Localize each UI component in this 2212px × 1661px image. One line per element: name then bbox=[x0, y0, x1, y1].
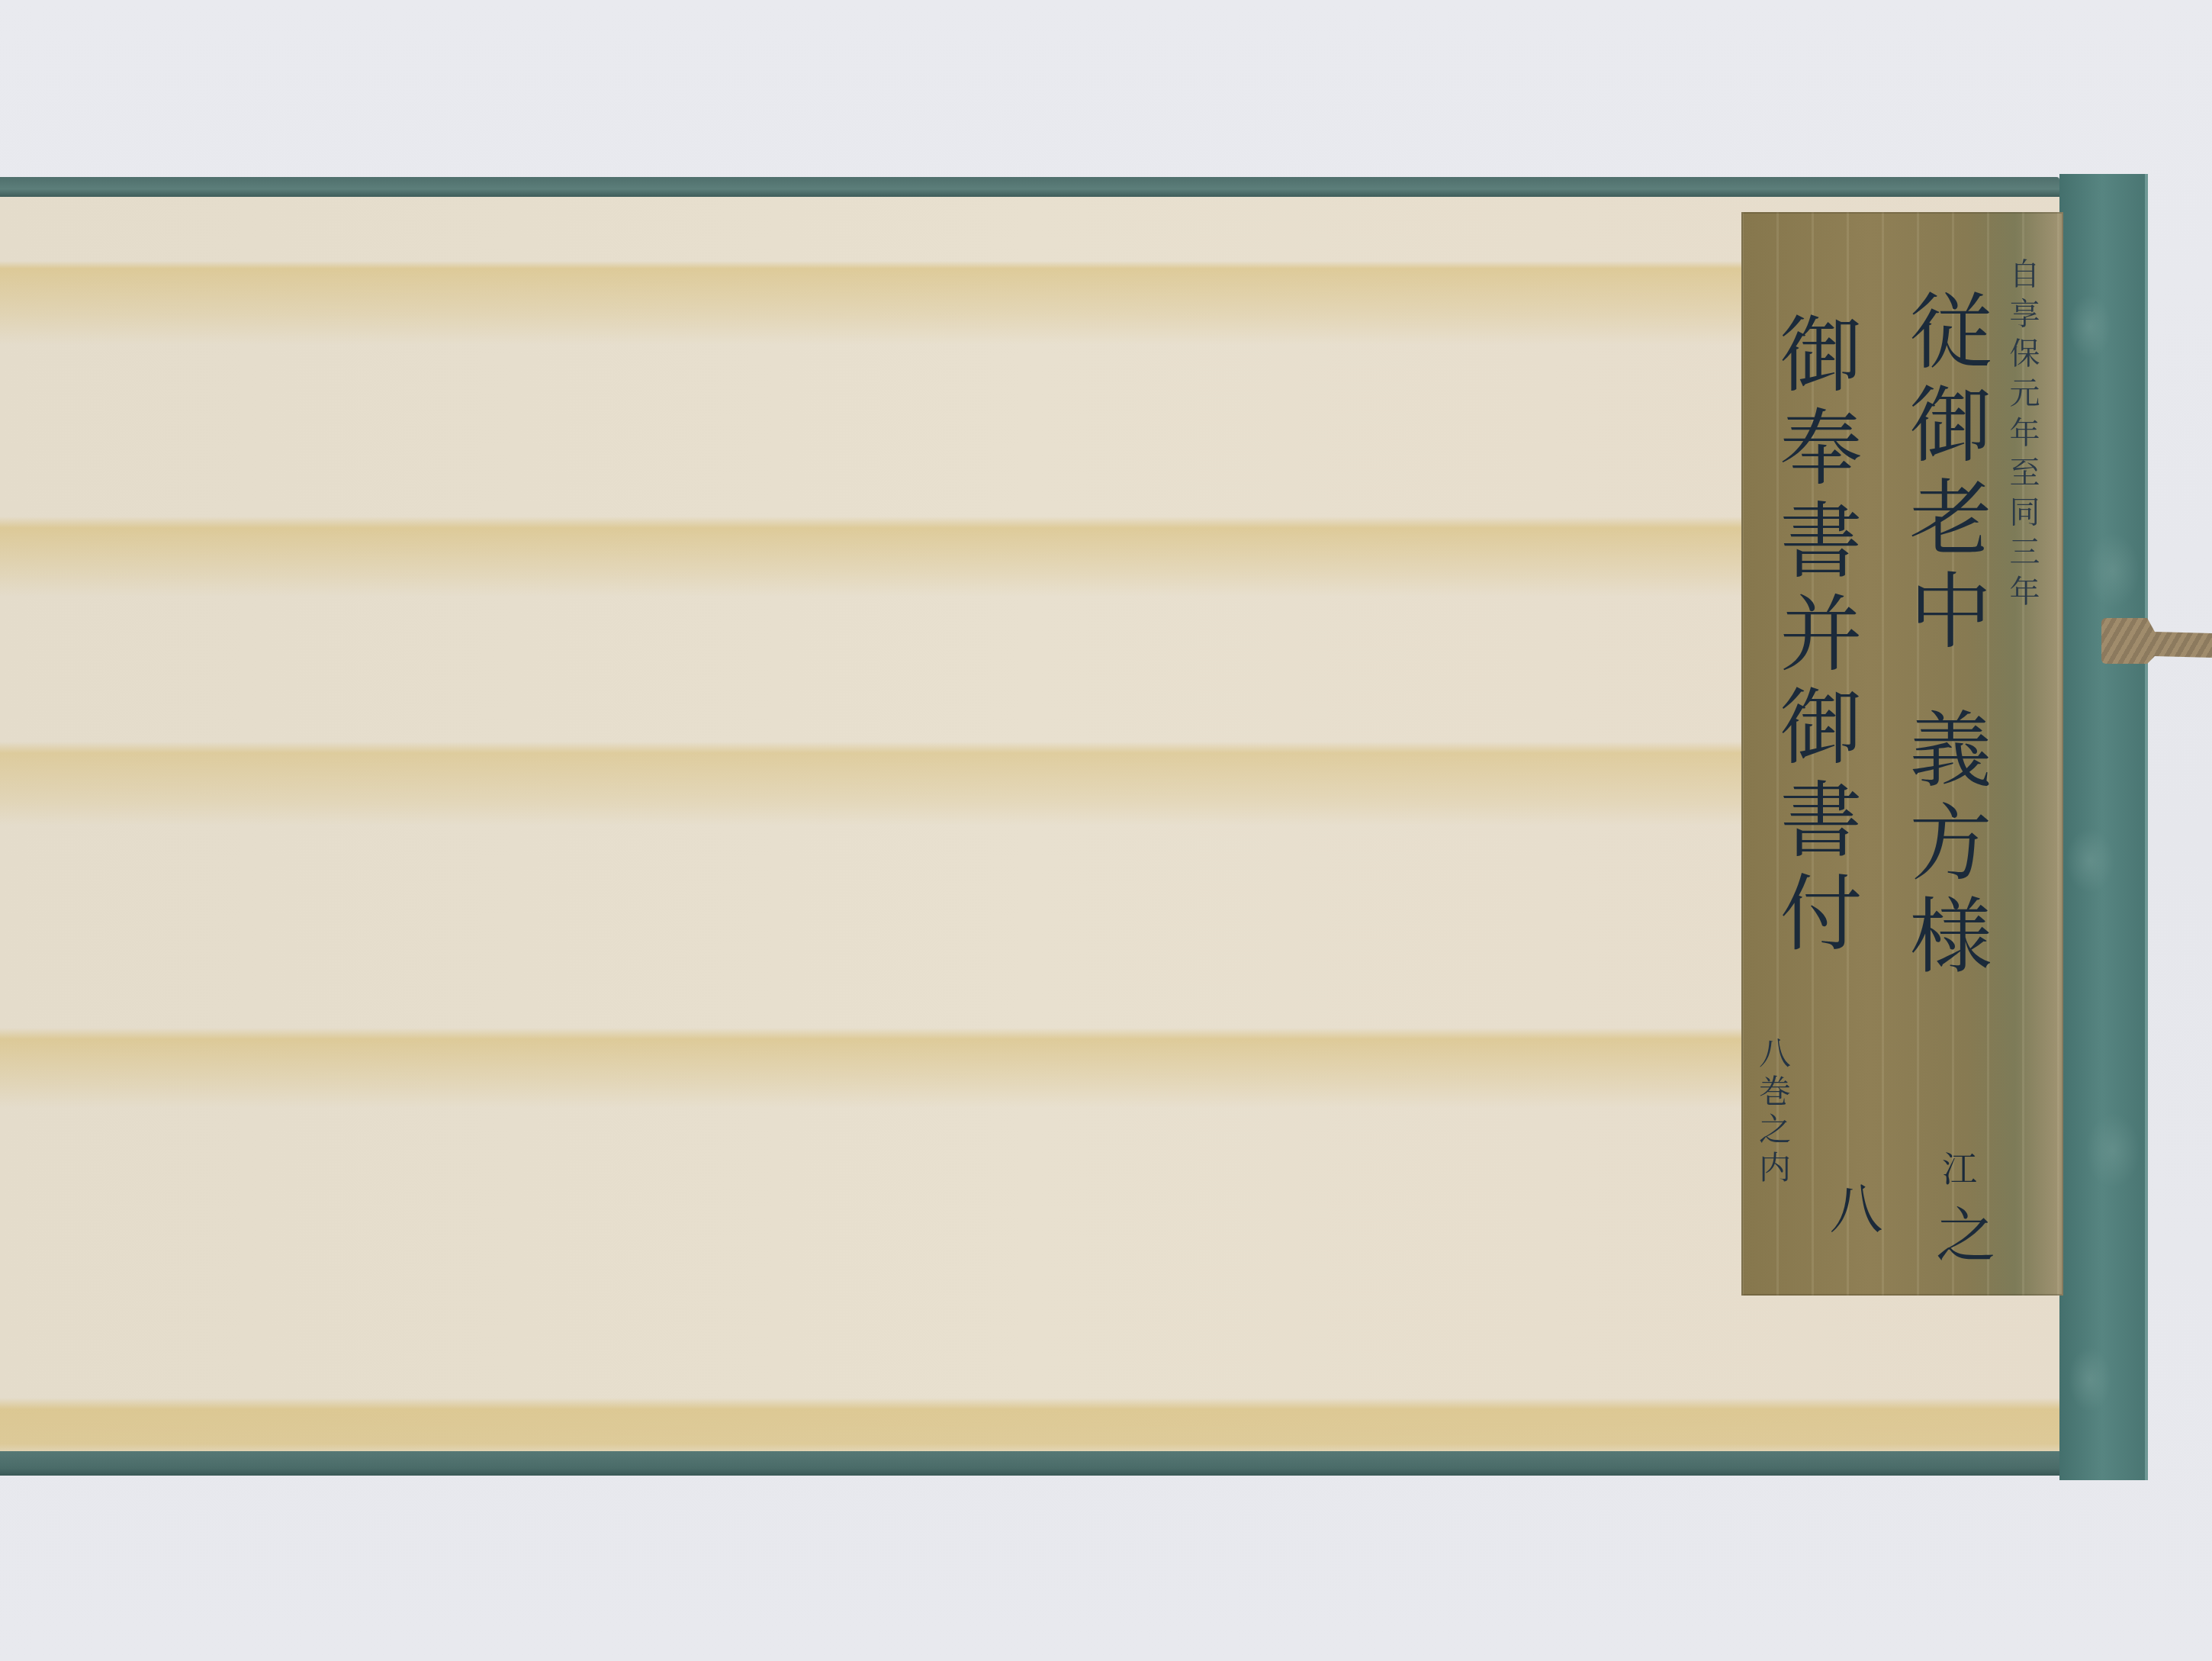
addressee-suffix: 江 bbox=[1940, 1151, 1975, 1186]
handscroll: 自享保元年至同三年 従御老中義方様 江 之 御奉書并御書付 八 八巻之内 bbox=[0, 177, 2151, 1483]
volume-number: 八 bbox=[1825, 1181, 1879, 1234]
tie-cord[interactable] bbox=[2101, 618, 2212, 664]
label-column-sender: 従御老中義方様 bbox=[1902, 288, 1984, 986]
scroll-top-border bbox=[0, 177, 2059, 197]
silk-mounting bbox=[2059, 174, 2148, 1480]
volume-note: 八巻之内 bbox=[1757, 1036, 1789, 1189]
date-range-note: 自享保元年至同三年 bbox=[2007, 258, 2037, 615]
title-label: 自享保元年至同三年 従御老中義方様 江 之 御奉書并御書付 八 八巻之内 bbox=[1741, 212, 2063, 1296]
scroll-bottom-border bbox=[0, 1451, 2059, 1476]
sender-text: 従御老中 bbox=[1895, 288, 1991, 661]
recipient-text: 義方様 bbox=[1895, 707, 1991, 986]
label-column-tail: 之 bbox=[1931, 1204, 1990, 1263]
label-column-title: 御奉書并御書付 bbox=[1772, 311, 1854, 963]
